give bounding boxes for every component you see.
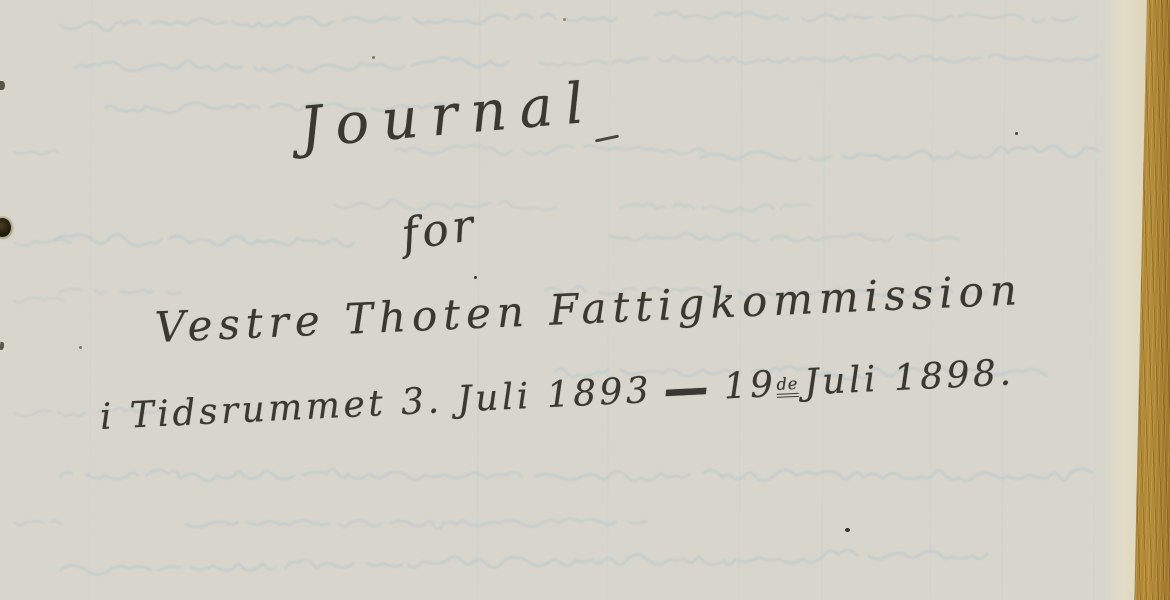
ink-speck — [79, 346, 82, 349]
ink-speck — [563, 18, 566, 21]
for-label: for — [398, 200, 480, 261]
ink-speck — [845, 528, 850, 532]
ink-speck — [1015, 132, 1018, 135]
page-edge-nick — [0, 81, 5, 90]
ink-speck — [474, 276, 477, 279]
page-right-edge — [1104, 0, 1170, 600]
period-end-day-ordinal: de — [776, 374, 799, 398]
period-end-day: 19 — [723, 364, 778, 408]
ink-speck — [372, 56, 375, 59]
period-dash: — — [662, 356, 714, 421]
